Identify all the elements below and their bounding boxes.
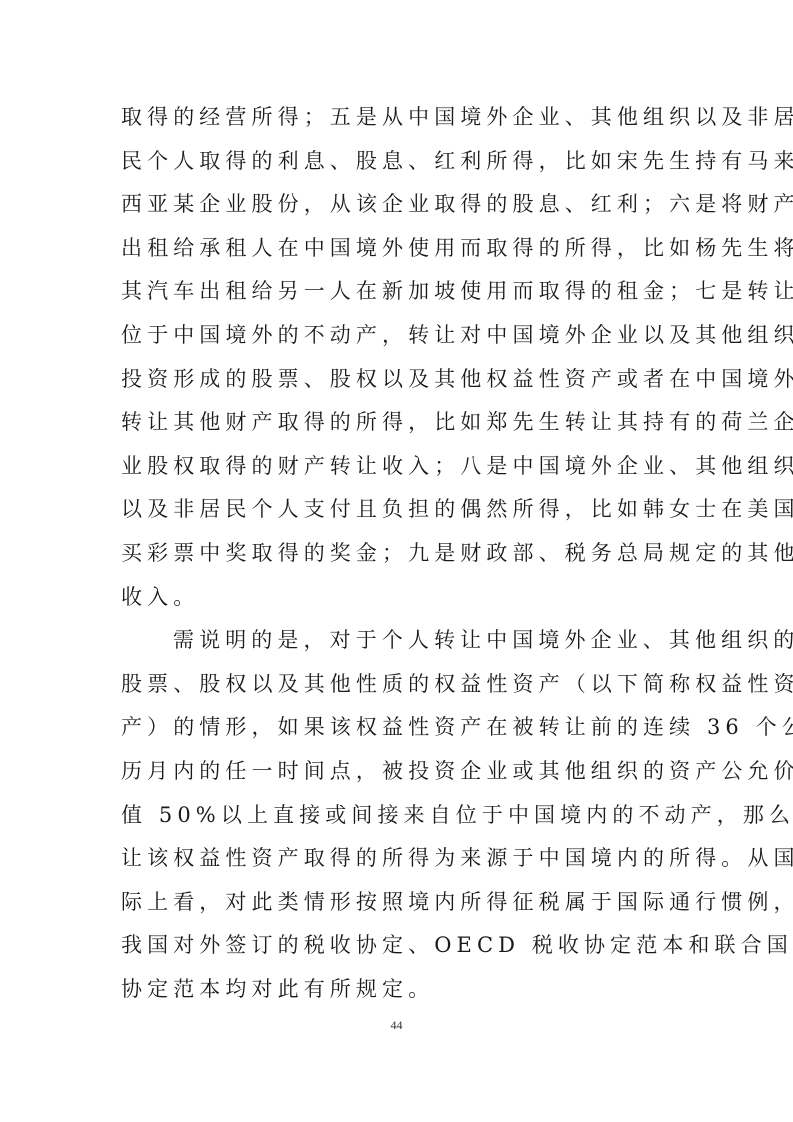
paragraph-1: 取得的经营所得；五是从中国境外企业、其他组织以及非居 民个人取得的利息、股息、红… [121,96,681,619]
text-line: 位于中国境外的不动产，转让对中国境外企业以及其他组织 [121,314,681,358]
text-line: 值 50%以上直接或间接来自位于中国境内的不动产，那么转 [121,794,681,838]
text-line: 买彩票中奖取得的奖金；九是财政部、税务总局规定的其他 [121,532,681,576]
text-line: 其汽车出租给另一人在新加坡使用而取得的租金；七是转让 [121,270,681,314]
text-line: 民个人取得的利息、股息、红利所得，比如宋先生持有马来 [121,140,681,184]
text-line: 协定范本均对此有所规定。 [121,968,681,1012]
text-line: 股票、股权以及其他性质的权益性资产（以下简称权益性资 [121,663,681,707]
text-line: 产）的情形，如果该权益性资产在被转让前的连续 36 个公 [121,706,681,750]
text-line: 西亚某企业股份，从该企业取得的股息、红利；六是将财产 [121,183,681,227]
text-line: 转让其他财产取得的所得，比如郑先生转让其持有的荷兰企 [121,401,681,445]
text-line: 收入。 [121,576,681,620]
text-line: 出租给承租人在中国境外使用而取得的所得，比如杨先生将 [121,227,681,271]
text-line-indented: 需说明的是，对于个人转让中国境外企业、其他组织的 [121,619,681,663]
page-number: 44 [0,1018,793,1033]
text-line: 投资形成的股票、股权以及其他权益性资产或者在中国境外 [121,358,681,402]
body-text: 取得的经营所得；五是从中国境外企业、其他组织以及非居 民个人取得的利息、股息、红… [121,96,681,1011]
document-page: 取得的经营所得；五是从中国境外企业、其他组织以及非居 民个人取得的利息、股息、红… [0,0,793,1122]
text-line: 我国对外签订的税收协定、OECD 税收协定范本和联合国税收 [121,924,681,968]
text-line: 历月内的任一时间点，被投资企业或其他组织的资产公允价 [121,750,681,794]
text-line: 以及非居民个人支付且负担的偶然所得，比如韩女士在美国 [121,488,681,532]
text-line: 让该权益性资产取得的所得为来源于中国境内的所得。从国 [121,837,681,881]
text-line: 业股权取得的财产转让收入；八是中国境外企业、其他组织 [121,445,681,489]
paragraph-2: 需说明的是，对于个人转让中国境外企业、其他组织的 股票、股权以及其他性质的权益性… [121,619,681,1011]
text-line: 取得的经营所得；五是从中国境外企业、其他组织以及非居 [121,96,681,140]
text-line: 际上看，对此类情形按照境内所得征税属于国际通行惯例， [121,881,681,925]
